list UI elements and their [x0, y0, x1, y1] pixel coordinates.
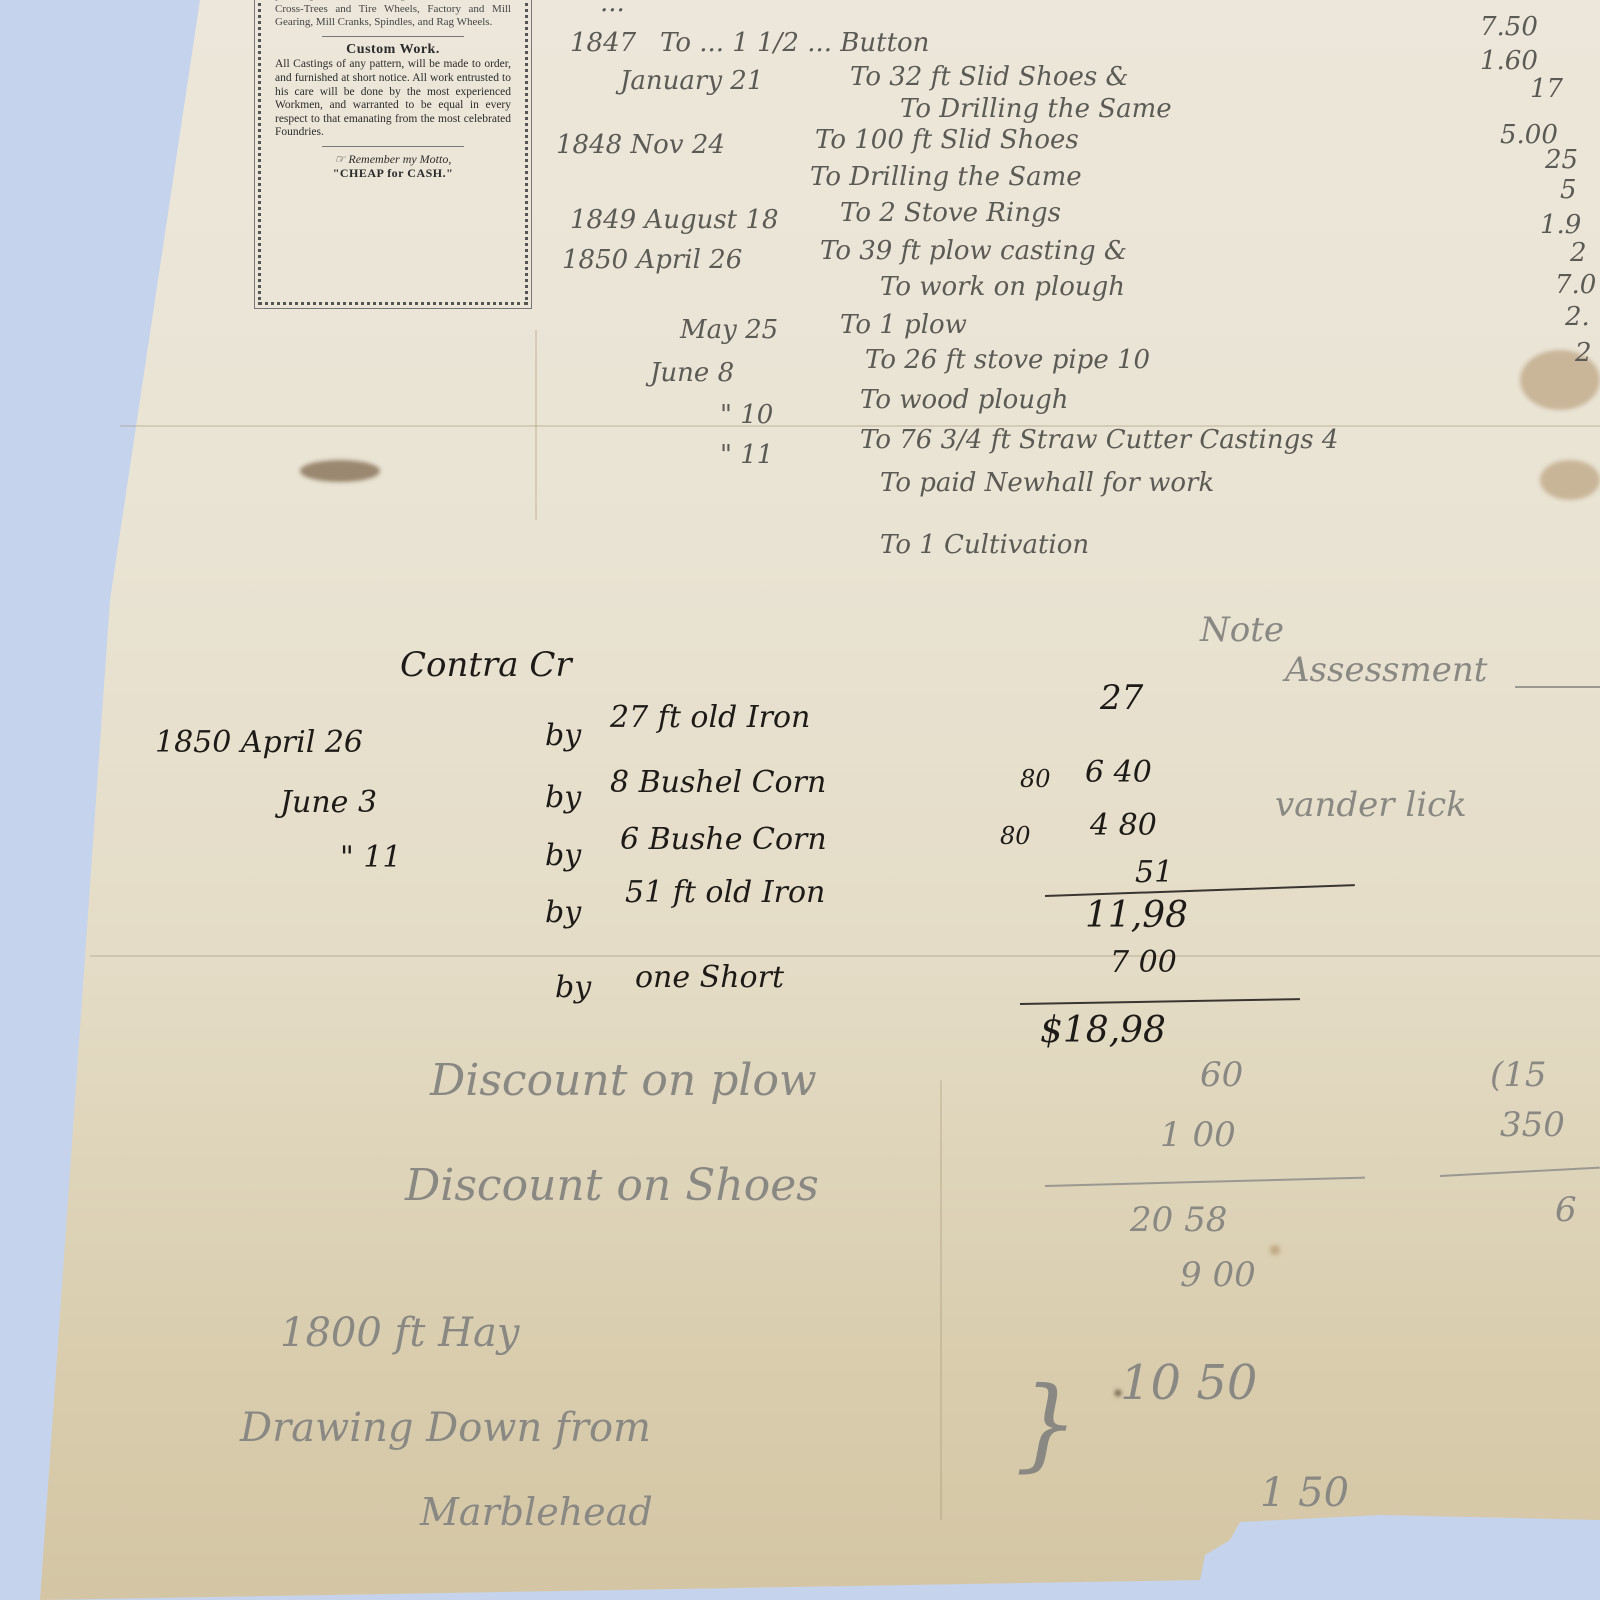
entry-description: To wood plough [860, 385, 1068, 415]
credit-prep: by [545, 838, 581, 873]
drawing-note-line2: Marblehead [420, 1490, 653, 1534]
credit-total: $18,98 [1040, 1010, 1166, 1051]
ad-heading: Custom Work. [275, 43, 511, 57]
credit-rate: 80 [1020, 765, 1051, 793]
note-label: Assessment [1285, 650, 1487, 690]
pencil-sum: 20 58 [1130, 1200, 1227, 1240]
entry-description: To 2 Stove Rings [840, 198, 1061, 228]
entry-amount: 2 [1570, 238, 1587, 268]
entry-amount: 2. [1565, 302, 1590, 332]
credit-heading: Contra Cr [400, 645, 572, 685]
ad-divider [322, 146, 464, 147]
ad-motto: "CHEAP for CASH." [275, 167, 511, 181]
entry-description: To 1 plow [840, 310, 967, 340]
entry-description: ... [600, 0, 625, 18]
credit-amount: 51 [1135, 855, 1173, 890]
credit-description: one Short [635, 960, 784, 995]
paper-fold [535, 330, 537, 520]
entry-amount: 1.60 [1480, 46, 1538, 76]
entry-date: May 25 [680, 315, 778, 345]
credit-amount: 6 40 [1085, 755, 1152, 790]
credit-amount: 7 00 [1110, 945, 1177, 980]
pencil-deduct: 9 00 [1180, 1255, 1256, 1295]
paper-fold [90, 955, 1600, 957]
brace-glyph: } [1015, 1365, 1079, 1482]
ad-motto-label: ☞ Remember my Motto, [275, 153, 511, 167]
credit-prep: by [555, 970, 591, 1005]
discount-plow-label: Discount on plow [430, 1055, 817, 1106]
note-label: vander lick [1275, 785, 1467, 825]
credit-date: " 11 [340, 840, 402, 875]
entry-amount: 2 [1575, 338, 1592, 368]
discount-shoes-amount: 1 00 [1160, 1115, 1236, 1155]
entry-description: To paid Newhall for work [880, 468, 1214, 498]
entry-date: January 21 [620, 66, 763, 96]
entry-description: To ... 1 1/2 ... Button [660, 28, 929, 58]
entry-amount: 1.9 [1540, 210, 1581, 240]
note-label: Note [1200, 610, 1284, 650]
drawing-note-amount: 10 50 [1120, 1355, 1257, 1411]
ad-body: All Castings of any pattern, will be mad… [275, 58, 511, 140]
entry-date: 1849 August 18 [570, 205, 778, 235]
entry-description: To Drilling the Same [900, 94, 1172, 124]
ink-stain [300, 460, 380, 482]
entry-amount: 5 [1560, 175, 1577, 205]
entry-date: 1850 April 26 [562, 245, 742, 275]
credit-date: June 3 [280, 785, 377, 820]
entry-description: To 32 ft Slid Shoes & [850, 62, 1129, 92]
entry-description: To 1 Cultivation [880, 530, 1089, 560]
credit-description: 8 Bushel Corn [610, 765, 826, 800]
credit-rate: 80 [1000, 822, 1031, 850]
entry-description: To 26 ft stove pipe 10 [865, 345, 1150, 375]
partial-amount: 1 50 [1260, 1470, 1349, 1516]
entry-amount: 25 [1545, 145, 1578, 175]
credit-description: 51 ft old Iron [625, 875, 825, 910]
water-stain [1540, 460, 1600, 500]
entry-date: " 10 [720, 400, 773, 430]
right-calc: 350 [1500, 1105, 1565, 1145]
ad-divider [322, 36, 464, 37]
entry-amount: 17 [1530, 74, 1563, 104]
entry-date: 1848 Nov 24 [556, 130, 725, 160]
entry-description: To 39 ft plow casting & [820, 236, 1127, 266]
printed-advertisement: pur Wagon Wheels, Gearing for Power, Gea… [258, 0, 528, 305]
paper-fold [940, 1080, 942, 1520]
credit-prep: by [545, 718, 581, 753]
entry-amount: 7.50 [1480, 12, 1538, 42]
foxing-spot [1270, 1245, 1280, 1255]
entry-amount: 7.0 [1555, 270, 1596, 300]
credit-amount: 27 [1100, 678, 1143, 718]
ad-intro-text: pur Wagon Wheels, Gearing for Power, Gea… [275, 0, 511, 30]
right-calc: (15 [1490, 1055, 1547, 1095]
note-rule [1515, 686, 1600, 688]
credit-date: 1850 April 26 [155, 725, 363, 760]
credit-description: 27 ft old Iron [610, 700, 810, 735]
credit-amount: 4 80 [1090, 808, 1157, 843]
entry-description: To work on plough [880, 272, 1125, 302]
credit-subtotal: 11,98 [1085, 895, 1188, 936]
entry-description: To Drilling the Same [810, 162, 1082, 192]
discount-plow-amount: 60 [1200, 1055, 1243, 1095]
entry-date: June 8 [650, 358, 734, 388]
credit-prep: by [545, 895, 581, 930]
drawing-note-line1: Drawing Down from [240, 1405, 651, 1451]
hay-note: 1800 ft Hay [280, 1310, 519, 1356]
entry-description: To 100 ft Slid Shoes [815, 125, 1079, 155]
credit-description: 6 Bushe Corn [620, 822, 827, 857]
right-calc: 6 [1555, 1190, 1577, 1230]
discount-shoes-label: Discount on Shoes [405, 1160, 819, 1211]
credit-prep: by [545, 780, 581, 815]
entry-date: 1847 [570, 28, 636, 58]
entry-description: To 76 3/4 ft Straw Cutter Castings 4 [860, 425, 1338, 455]
entry-date: " 11 [720, 440, 773, 470]
